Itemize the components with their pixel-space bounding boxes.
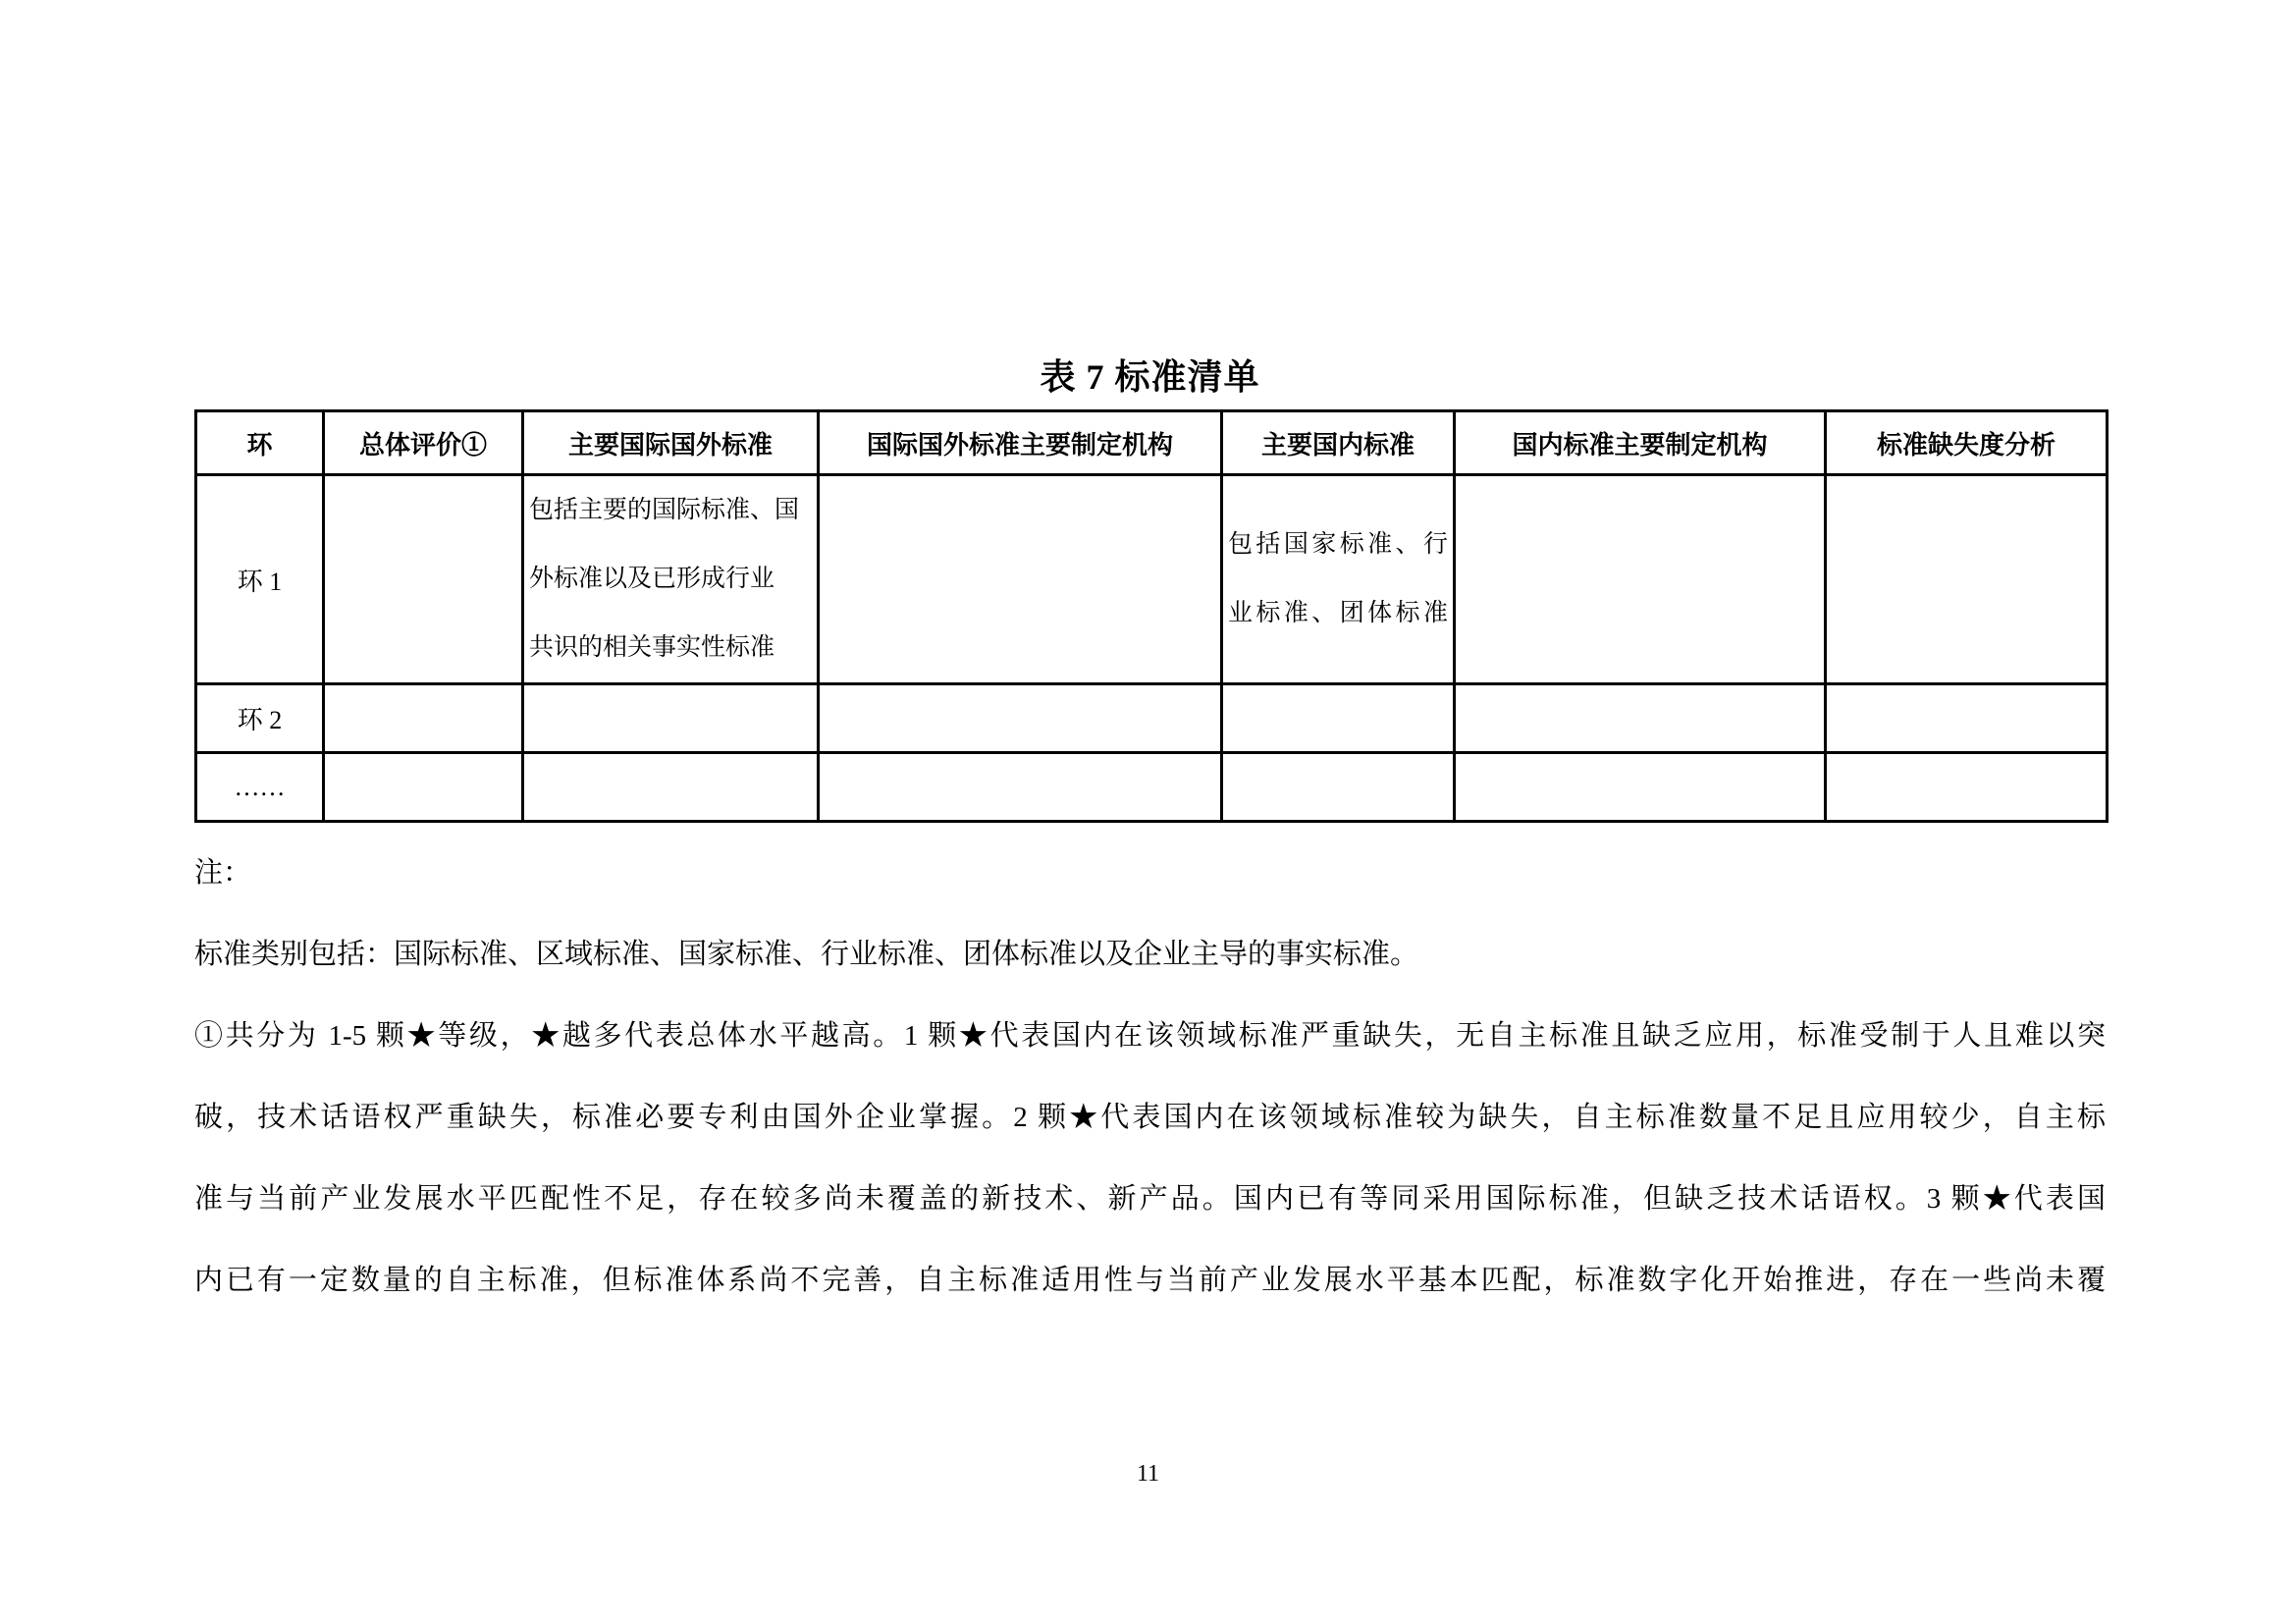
header-domestic-standard-bodies: 国内标准主要制定机构 xyxy=(1455,411,1826,475)
cell-ring1-overall-rating xyxy=(324,475,523,684)
cell-ring2-gap-analysis xyxy=(1826,684,2108,753)
cell-ring2-overall-rating xyxy=(324,684,523,753)
cell-ellipsis-label: …… xyxy=(196,753,324,822)
document-page: 表 7 标准清单 环 总体评价① 主要国际国外标准 国际国外标准主要制定机构 主… xyxy=(0,0,2296,1624)
header-ring: 环 xyxy=(196,411,324,475)
table-row-ring2: 环 2 xyxy=(196,684,2108,753)
cell-ring1-domestic-standard-bodies xyxy=(1455,475,1826,684)
header-gap-analysis: 标准缺失度分析 xyxy=(1826,411,2108,475)
cell-ellipsis-domestic-standard-bodies xyxy=(1455,753,1826,822)
table-row-ring1: 环 1 包括主要的国际标准、国 外标准以及已形成行业 共识的相关事实性标准 包括… xyxy=(196,475,2108,684)
cell-ring1-domestic-standards: 包括国家标准、行 业标准、团体标准 xyxy=(1222,475,1455,684)
cell-ellipsis-gap-analysis xyxy=(1826,753,2108,822)
header-intl-standard-bodies: 国际国外标准主要制定机构 xyxy=(819,411,1222,475)
note-star-rating-explanation: ①共分为 1-5 颗★等级，★越多代表总体水平越高。1 颗★代表国内在该领域标准… xyxy=(194,996,2106,1322)
cell-ring2-intl-foreign-standards xyxy=(523,684,819,753)
cell-ring2-domestic-standard-bodies xyxy=(1455,684,1826,753)
cell-ring2-intl-standard-bodies xyxy=(819,684,1222,753)
cell-ellipsis-intl-foreign-standards xyxy=(523,753,819,822)
table-header-row: 环 总体评价① 主要国际国外标准 国际国外标准主要制定机构 主要国内标准 国内标… xyxy=(196,411,2108,475)
header-domestic-standards: 主要国内标准 xyxy=(1222,411,1455,475)
cell-ring1-intl-foreign-standards: 包括主要的国际标准、国 外标准以及已形成行业 共识的相关事实性标准 xyxy=(523,475,819,684)
cell-ring1-label: 环 1 xyxy=(196,475,324,684)
cell-ellipsis-intl-standard-bodies xyxy=(819,753,1222,822)
header-overall-rating: 总体评价① xyxy=(324,411,523,475)
table-row-ellipsis: …… xyxy=(196,753,2108,822)
cell-ellipsis-overall-rating xyxy=(324,753,523,822)
table-title: 表 7 标准清单 xyxy=(194,350,2106,400)
standards-table: 环 总体评价① 主要国际国外标准 国际国外标准主要制定机构 主要国内标准 国内标… xyxy=(194,409,2109,823)
cell-ring1-intl-standard-bodies xyxy=(819,475,1222,684)
page-number: 11 xyxy=(0,1461,2296,1488)
cell-ring2-domestic-standards xyxy=(1222,684,1455,753)
cell-ellipsis-domestic-standards xyxy=(1222,753,1455,822)
cell-ring2-label: 环 2 xyxy=(196,684,324,753)
header-intl-foreign-standards: 主要国际国外标准 xyxy=(523,411,819,475)
note-standard-categories: 标准类别包括：国际标准、区域标准、国家标准、行业标准、团体标准以及企业主导的事实… xyxy=(194,914,2106,996)
cell-ring1-gap-analysis xyxy=(1826,475,2108,684)
notes-section: 注： 标准类别包括：国际标准、区域标准、国家标准、行业标准、团体标准以及企业主导… xyxy=(194,833,2106,1322)
notes-label: 注： xyxy=(194,833,2106,914)
